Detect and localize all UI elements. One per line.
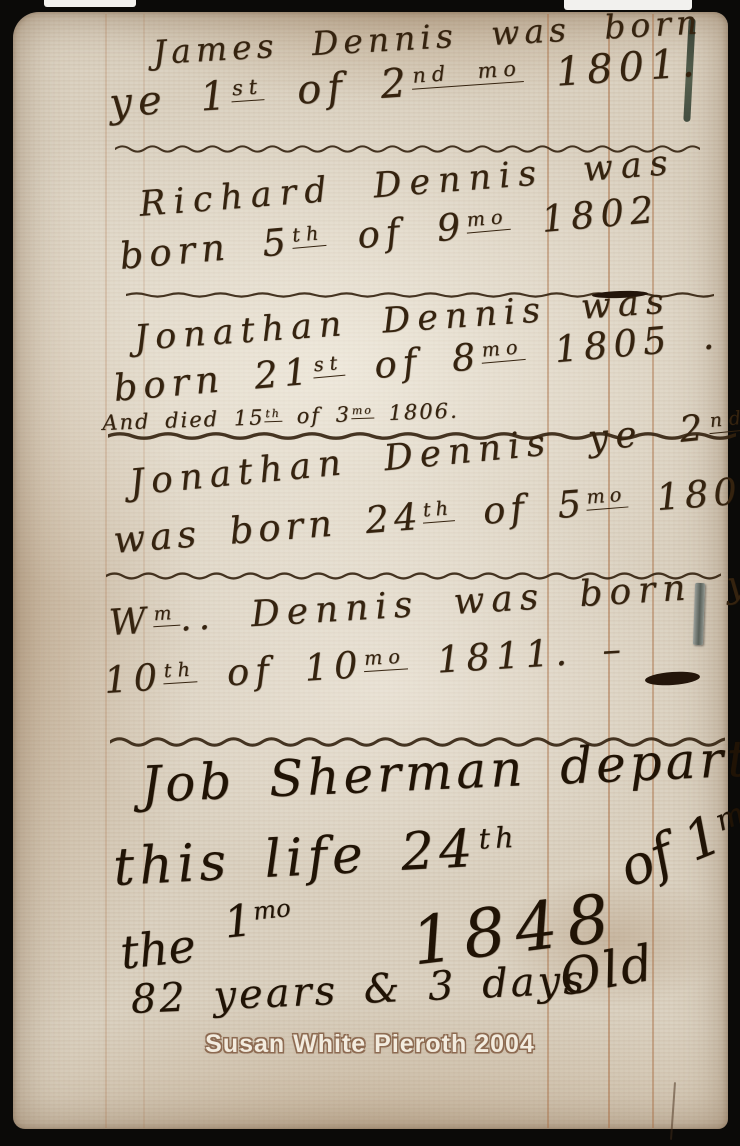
- entry6-old: Old: [556, 938, 658, 1004]
- entry6-month: 1mo: [222, 895, 294, 946]
- page-content-layer: James Dennis was born ye 1st of 2nd mo 1…: [0, 0, 740, 1146]
- entry6-of-month: of 1m: [612, 796, 740, 896]
- entry6-age: 82 years & 3 days: [130, 960, 587, 1020]
- paper-tear: [670, 1082, 676, 1140]
- entry6-the: the: [118, 922, 198, 976]
- scanned-document-page: James Dennis was born ye 1st of 2nd mo 1…: [0, 0, 740, 1146]
- watermark: Susan White Pieroth 2004: [205, 1030, 535, 1059]
- entry5-line2: 10th of 10mo 1811. –: [103, 630, 628, 699]
- entry6-this-life: this life 24th: [112, 821, 520, 894]
